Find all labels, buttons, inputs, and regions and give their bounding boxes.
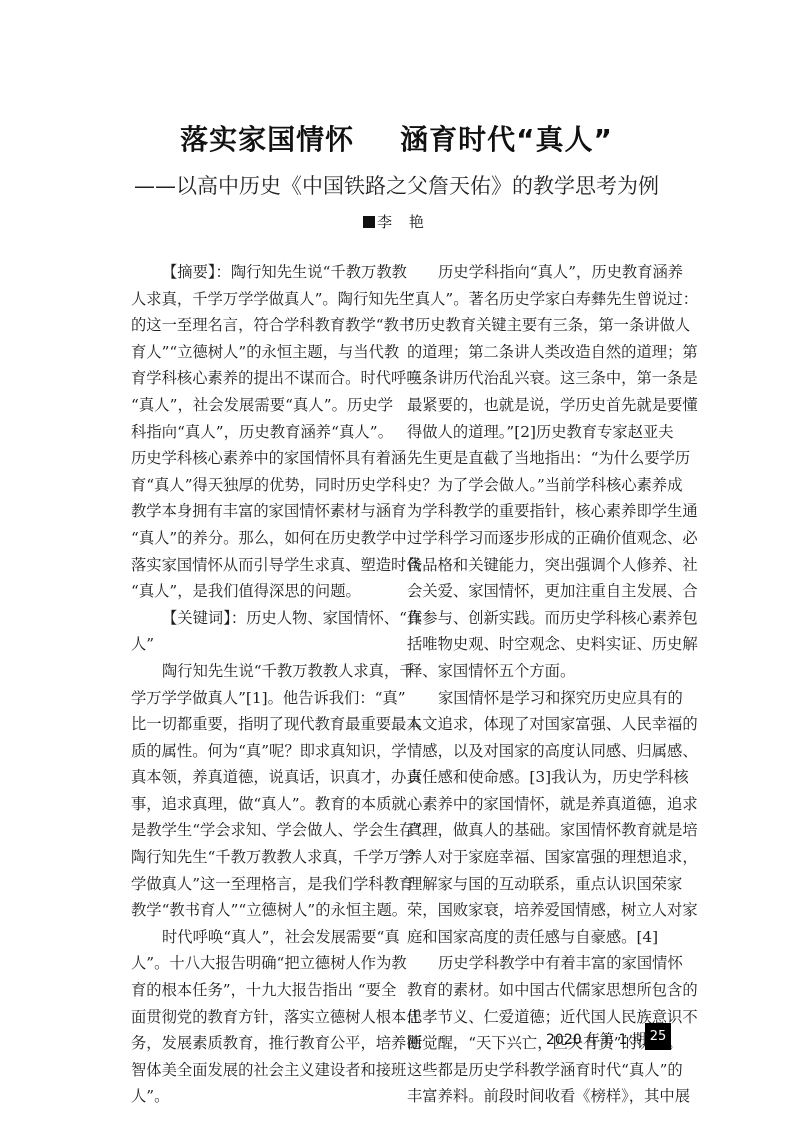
abstract-line: 的这一至理名言，符合学科教育教学“教书: [131, 312, 393, 339]
body-line: 教学“教书育人”“立德树人”的永恒主题。: [131, 897, 393, 924]
right-column: 历史学科指向“真人”，历史教育涵养 “真人”。著名历史学家白寿彝先生曾说过： “…: [407, 259, 671, 1110]
body-line: 智体美全面发展的社会主义建设者和接班: [131, 1057, 393, 1084]
article-subtitle: ——以高中历史《中国铁路之父詹天佑》的教学思考为例: [0, 170, 793, 200]
title-part-2: 涵育时代“真人”: [400, 123, 613, 156]
page-number: 25: [645, 1023, 671, 1050]
body-line: 人”。: [131, 1083, 393, 1110]
body-line: 为学科教学的重要指针，核心素养即学生通: [407, 498, 671, 525]
body-line: 陶行知先生说“千教万教教人求真，千: [131, 658, 393, 685]
body-line: 过学科学习而逐步形成的正确价值观念、必: [407, 525, 671, 552]
body-line: 育的根本任务”，十九大报告指出 “要全: [131, 977, 393, 1004]
article-title: 落实家国情怀涵育时代“真人”: [0, 118, 793, 158]
body-line: 荣，国败家衰，培养爱国情感，树立人对家: [407, 897, 671, 924]
body-line: 会关爱、家国情怀，更加注重自主发展、合: [407, 578, 671, 605]
body-line: 史？为了学会做人。”当前学科核心素养成: [407, 472, 671, 499]
keywords-line: 【关键词】：历史人物、家国情怀、“真: [131, 605, 393, 632]
author-byline: 李 艳: [0, 211, 793, 232]
body-line: 真本领，养真道德，说真话，识真才，办真: [131, 764, 393, 791]
issue-label: 2020 年第 1 期: [546, 1029, 646, 1049]
body-line: 教育的素材。如中国古代儒家思想所包含的: [407, 977, 671, 1004]
author-name: 李 艳: [377, 213, 430, 231]
body-line: 先生更是直截了当地指出：“为什么要学历: [407, 445, 671, 472]
body-line: 比一切都重要，指明了现代教育最重要最本: [131, 711, 393, 738]
abstract-line: “真人”，是我们值得深思的问题。: [131, 578, 393, 605]
body-line: 括唯物史观、时空观念、史料实证、历史解: [407, 631, 671, 658]
body-line: 三条讲历代治乱兴衰。这三条中，第一条是: [407, 365, 671, 392]
abstract-line: 教学本身拥有丰富的家国情怀素材与涵育: [131, 498, 393, 525]
body-line: 这些都是历史学科教学涵育时代“真人”的: [407, 1057, 671, 1084]
body-line: 家国情怀是学习和探究历史应具有的: [407, 685, 671, 712]
abstract-line: 历史学科核心素养中的家国情怀具有着涵: [131, 445, 393, 472]
body-line: 学做真人”这一至理格言，是我们学科教育: [131, 871, 393, 898]
keywords-line: 人”: [131, 631, 393, 658]
body-line: 陶行知先生“千教万教教人求真，千学万学: [131, 844, 393, 871]
body-line: 养人对于家庭幸福、国家富强的理想追求，: [407, 844, 671, 871]
body-line: 质的属性。何为“真”呢？即求真知识，学: [131, 738, 393, 765]
body-line: 丰富养料。前段时间收看《榜样》，其中展: [407, 1083, 671, 1110]
body-line: 作参与、创新实践。而历史学科核心素养包: [407, 605, 671, 632]
body-line: 务，发展素质教育，推行教育公平，培养德: [131, 1030, 393, 1057]
body-line: 人文追求，体现了对国家富强、人民幸福的: [407, 711, 671, 738]
body-line: 学万学学做真人”[1]。他告诉我们：“真”: [131, 685, 393, 712]
body-line: 庭和国家高度的责任感与自豪感。[4]: [407, 924, 671, 951]
abstract-line: 【摘要】：陶行知先生说“千教万教教: [131, 259, 393, 286]
body-line: 理解家与国的互动联系，重点认识国荣家: [407, 871, 671, 898]
body-line: 最紧要的，也就是说，学历史首先就是要懂: [407, 392, 671, 419]
body-line: 心素养中的家国情怀，就是养真道德，追求: [407, 791, 671, 818]
abstract-line: “真人”，社会发展需要“真人”。历史学: [131, 392, 393, 419]
body-line: 的道理；第二条讲人类改造自然的道理；第: [407, 339, 671, 366]
body-line: 历史学科指向“真人”，历史教育涵养: [407, 259, 671, 286]
body-line: “历史教育关键主要有三条，第一条讲做人: [407, 312, 671, 339]
body-line: 责任感和使命感。[3]我认为，历史学科核: [407, 764, 671, 791]
body-line: 时代呼唤“真人”，社会发展需要“真: [131, 924, 393, 951]
black-square-icon: [363, 216, 375, 228]
body-line: 释、家国情怀五个方面。: [407, 658, 671, 685]
body-line: 真理，做真人的基础。家国情怀教育就是培: [407, 817, 671, 844]
body-line: 面贯彻党的教育方针，落实立德树人根本任: [131, 1004, 393, 1031]
body-line: “真人”。著名历史学家白寿彝先生曾说过：: [407, 286, 671, 313]
body-line: 历史学科教学中有着丰富的家国情怀: [407, 950, 671, 977]
body-line: 是教学生“学会求知、学会做人、学会生存”。: [131, 817, 393, 844]
body-line: 情感，以及对国家的高度认同感、归属感、: [407, 738, 671, 765]
abstract-line: 育学科核心素养的提出不谋而合。时代呼唤: [131, 365, 393, 392]
abstract-line: 落实家国情怀从而引导学生求真、塑造时代: [131, 552, 393, 579]
body-line: 人”。十八大报告明确“把立德树人作为教: [131, 950, 393, 977]
title-part-1: 落实家国情怀: [180, 123, 354, 156]
abstract-line: 育“真人”得天独厚的优势，同时历史学科: [131, 472, 393, 499]
abstract-line: 育人”“立德树人”的永恒主题，与当代教: [131, 339, 393, 366]
body-line: 得做人的道理。”[2]历史教育专家赵亚夫: [407, 419, 671, 446]
abstract-line: “真人”的养分。那么，如何在历史教学中: [131, 525, 393, 552]
body-line: 忠孝节义、仁爱道德；近代国人民族意识不: [407, 1004, 671, 1031]
abstract-line: 科指向“真人”，历史教育涵养“真人”。: [131, 419, 393, 446]
left-column: 【摘要】：陶行知先生说“千教万教教 人求真，千学万学学做真人”。陶行知先生 的这…: [131, 259, 393, 1110]
body-line: 备品格和关键能力，突出强调个人修养、社: [407, 552, 671, 579]
abstract-line: 人求真，千学万学学做真人”。陶行知先生: [131, 286, 393, 313]
body-line: 事，追求真理，做“真人”。教育的本质就: [131, 791, 393, 818]
